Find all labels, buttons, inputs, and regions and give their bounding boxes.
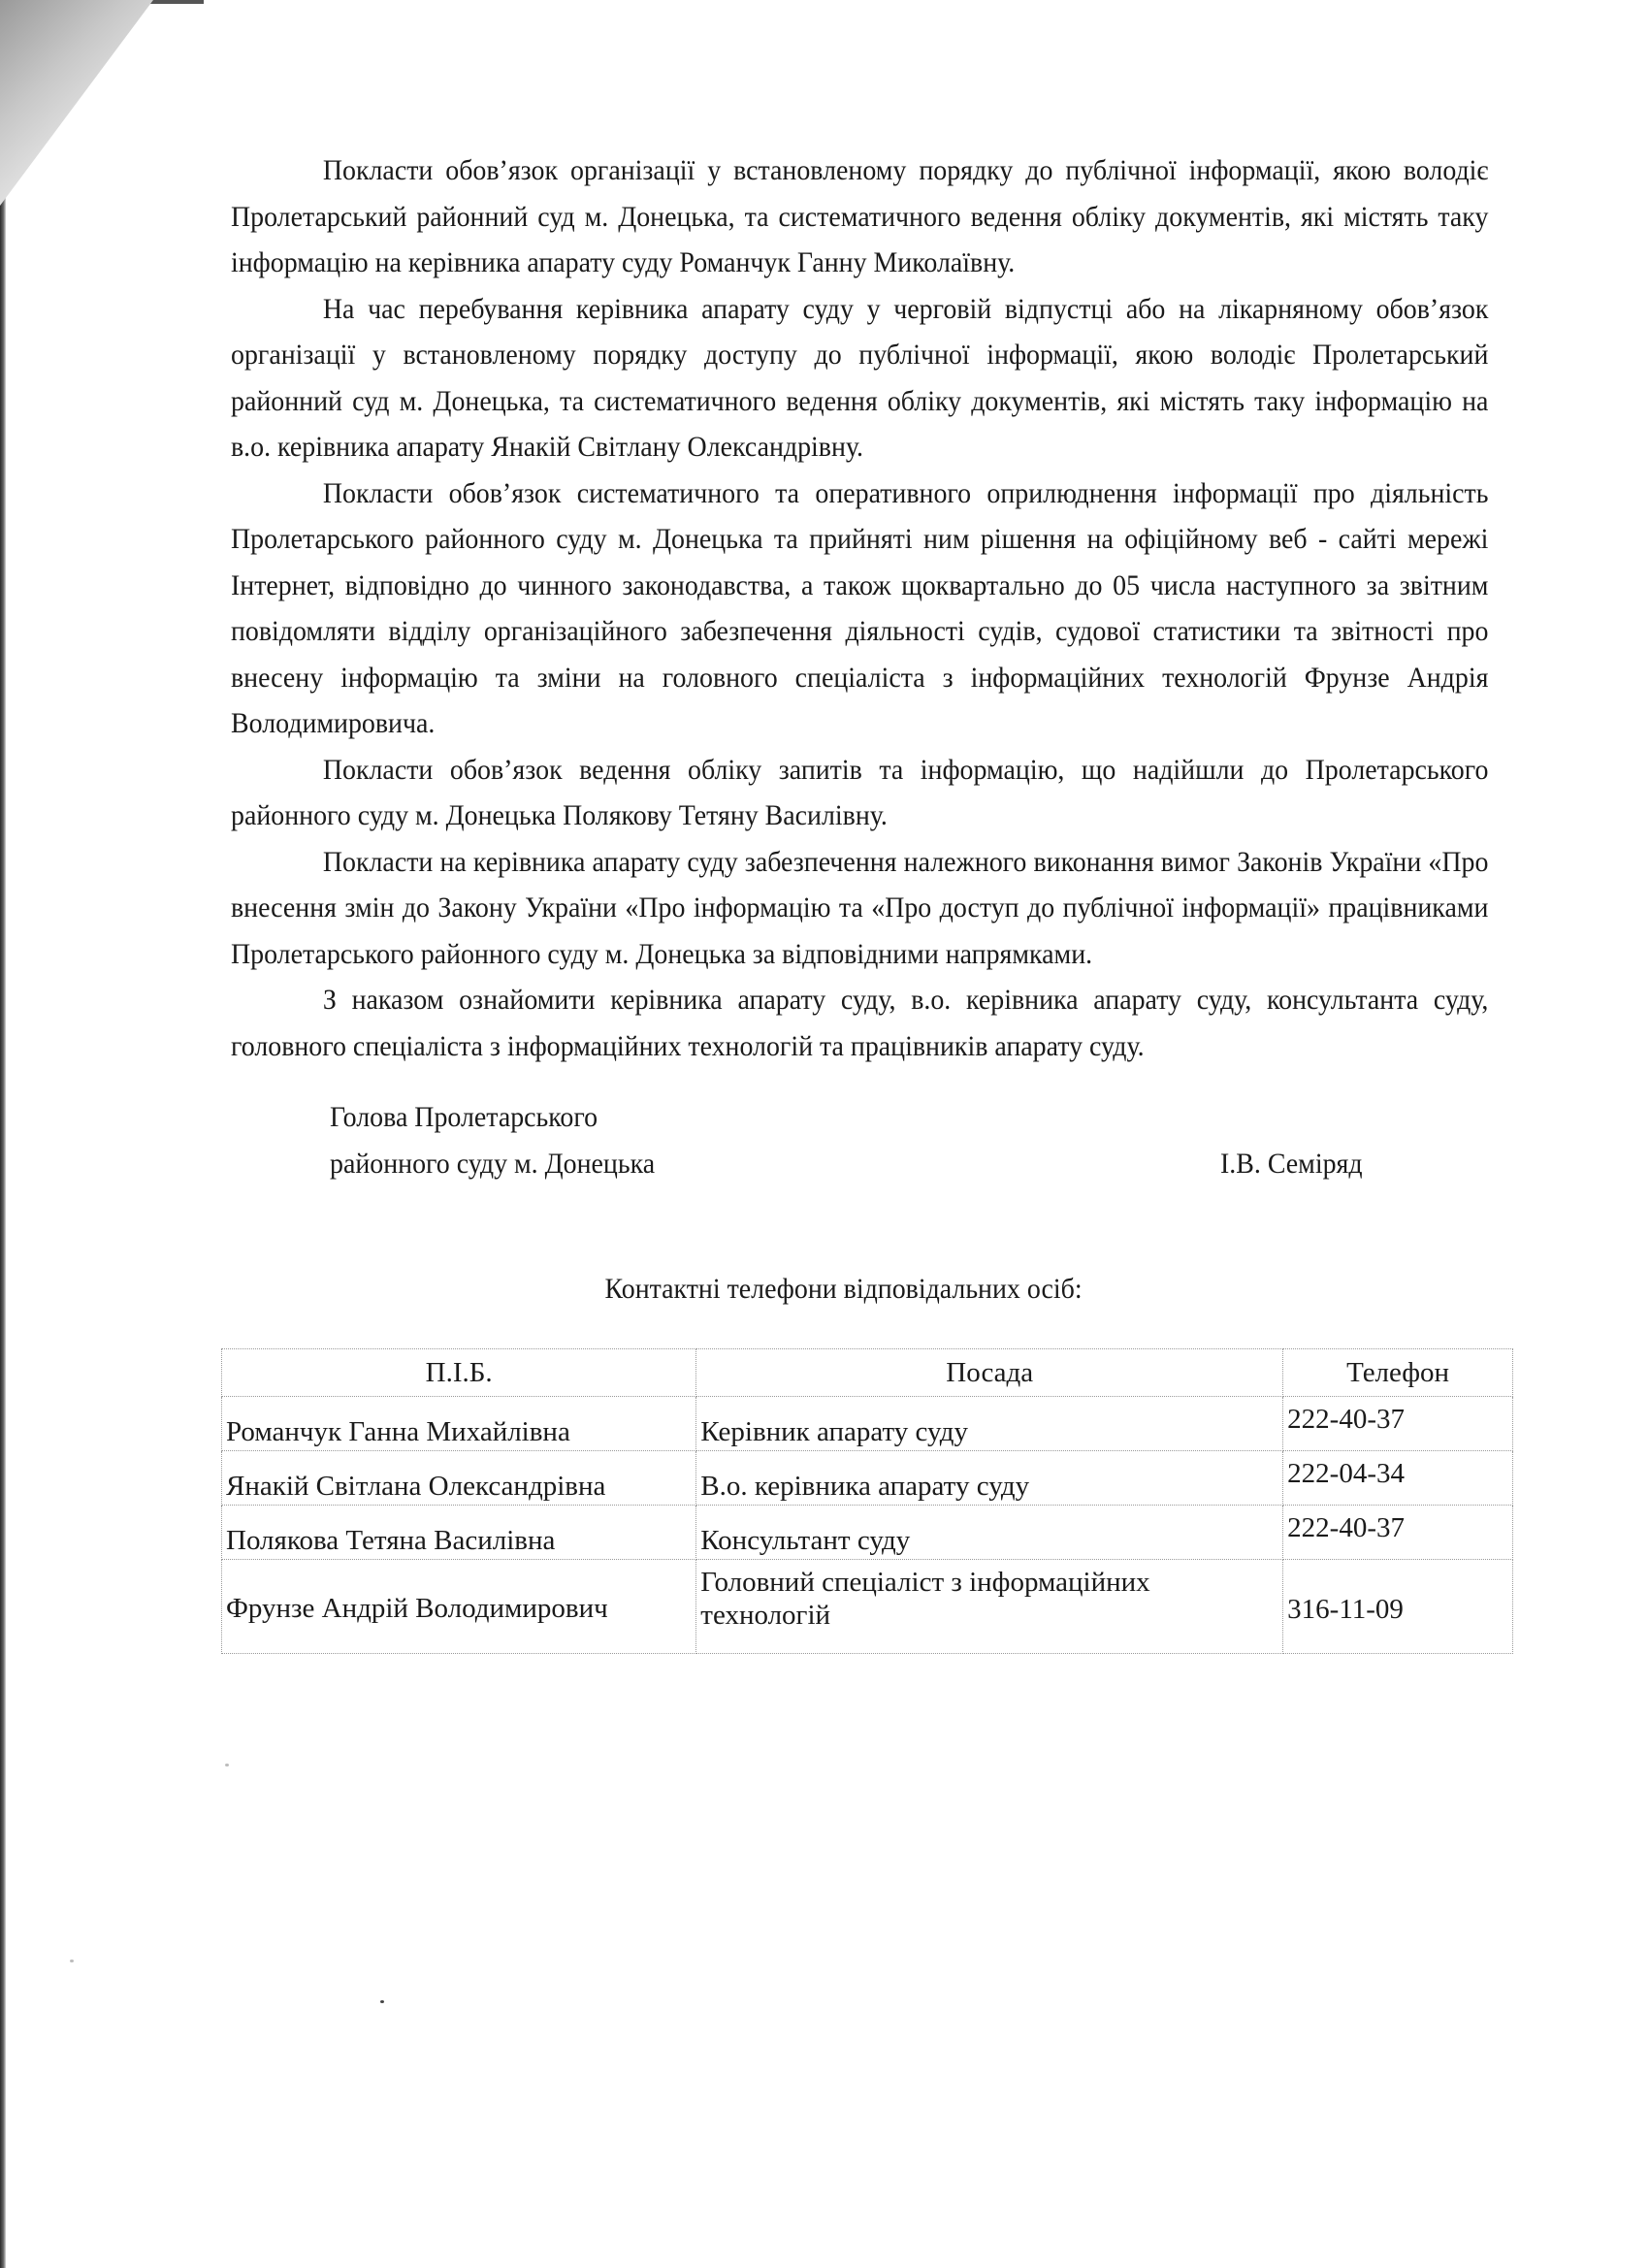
cell-position: Головний спеціаліст з інформаційних техн… bbox=[696, 1560, 1283, 1654]
contacts-heading-text: Контактні телефони відповідальних осіб: bbox=[605, 1273, 1083, 1306]
scan-speck bbox=[380, 2000, 384, 2003]
signature-title-line1: Голова Пролетарського bbox=[330, 1094, 655, 1141]
paragraph-acquaint-staff: З наказом ознайомити керівника апарату с… bbox=[231, 977, 1488, 1069]
paragraph-information-duty: Покласти обов’язок організації у встанов… bbox=[231, 147, 1488, 286]
table-row: Полякова Тетяна Василівна Консультант су… bbox=[222, 1506, 1513, 1560]
cell-name: Полякова Тетяна Василівна bbox=[222, 1506, 696, 1560]
cell-name: Янакій Світлана Олександрівна bbox=[222, 1451, 696, 1506]
paragraph-request-registry: Покласти обов’язок ведення обліку запиті… bbox=[231, 747, 1488, 839]
signatory-name: І.В. Семіряд bbox=[1220, 1141, 1363, 1187]
cell-position: В.о. керівника апарату суду bbox=[696, 1451, 1283, 1506]
scan-edge bbox=[0, 0, 6, 2268]
contacts-heading: Контактні телефони відповідальних осіб: bbox=[0, 1273, 1649, 1306]
signature-block: Голова Пролетарського районного суду м. … bbox=[330, 1094, 655, 1186]
cell-position: Керівник апарату суду bbox=[696, 1397, 1283, 1451]
signature-title-line2: районного суду м. Донецька bbox=[330, 1141, 655, 1187]
cell-phone: 222-40-37 bbox=[1283, 1506, 1513, 1560]
cell-phone: 316-11-09 bbox=[1283, 1560, 1513, 1654]
column-header-name: П.І.Б. bbox=[222, 1349, 696, 1397]
cell-phone: 222-40-37 bbox=[1283, 1397, 1513, 1451]
table-row: Фрунзе Андрій Володимирович Головний спе… bbox=[222, 1560, 1513, 1654]
scan-speck bbox=[70, 1960, 74, 1962]
column-header-position: Посада bbox=[696, 1349, 1283, 1397]
contacts-table: П.І.Б. Посада Телефон Романчук Ганна Мих… bbox=[221, 1348, 1513, 1654]
document-body: Покласти обов’язок організації у встанов… bbox=[231, 147, 1488, 1069]
table-row: Романчук Ганна Михайлівна Керівник апара… bbox=[222, 1397, 1513, 1451]
table-row: Янакій Світлана Олександрівна В.о. керів… bbox=[222, 1451, 1513, 1506]
cell-name: Фрунзе Андрій Володимирович bbox=[222, 1560, 696, 1654]
table-header-row: П.І.Б. Посада Телефон bbox=[222, 1349, 1513, 1397]
paragraph-acting-head-duty: На час перебування керівника апарату суд… bbox=[231, 286, 1488, 470]
paragraph-website-publication: Покласти обов’язок систематичного та опе… bbox=[231, 470, 1488, 747]
paragraph-law-compliance: Покласти на керівника апарату суду забез… bbox=[231, 839, 1488, 978]
cell-position: Консультант суду bbox=[696, 1506, 1283, 1560]
column-header-phone: Телефон bbox=[1283, 1349, 1513, 1397]
scan-speck bbox=[225, 1764, 229, 1766]
cell-phone: 222-04-34 bbox=[1283, 1451, 1513, 1506]
cell-name: Романчук Ганна Михайлівна bbox=[222, 1397, 696, 1451]
folded-page-corner bbox=[0, 0, 153, 206]
